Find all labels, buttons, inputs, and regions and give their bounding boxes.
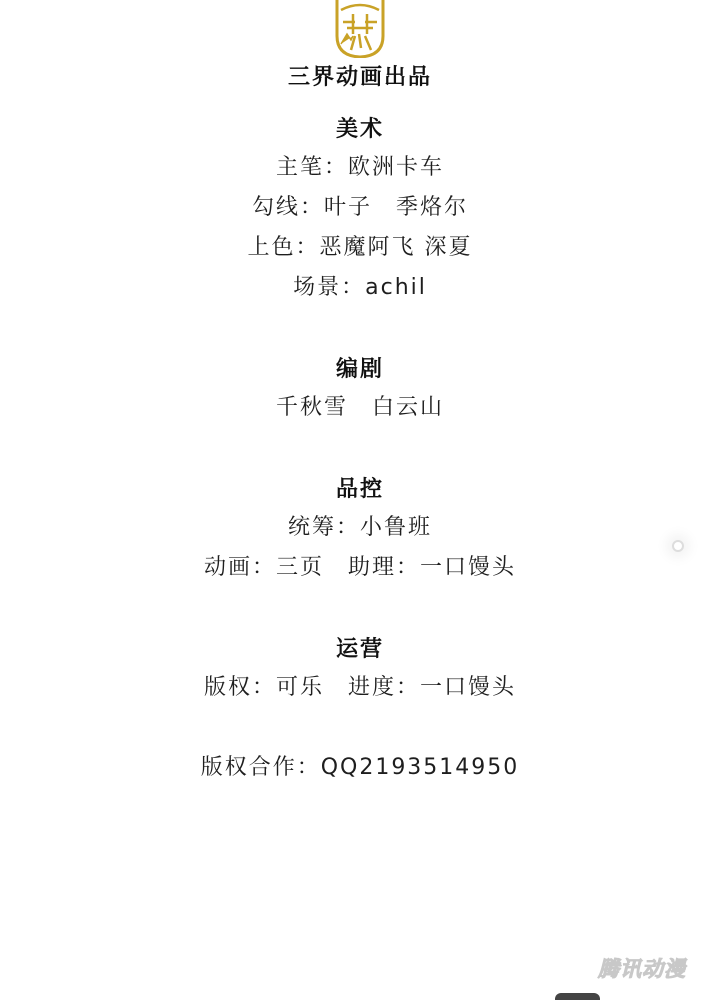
contact-line: 版权合作：QQ2193514950 bbox=[0, 750, 720, 781]
credit-line: 场景：achil bbox=[0, 270, 720, 301]
studio-logo-icon bbox=[333, 0, 387, 58]
section-title-ops: 运营 bbox=[0, 632, 720, 663]
scroll-indicator-icon bbox=[672, 540, 684, 552]
credit-line: 统筹：小鲁班 bbox=[0, 510, 720, 541]
section-title-art: 美术 bbox=[0, 112, 720, 143]
page-edge bbox=[555, 993, 600, 1000]
credit-line: 版权：可乐 进度：一口馒头 bbox=[0, 670, 720, 701]
studio-name: 三界动画出品 bbox=[0, 60, 720, 91]
watermark: 腾讯动漫 bbox=[598, 953, 708, 983]
credit-line: 勾线：叶子 季烙尔 bbox=[0, 190, 720, 221]
section-title-script: 编剧 bbox=[0, 352, 720, 383]
section-title-qc: 品控 bbox=[0, 472, 720, 503]
credit-line: 千秋雪 白云山 bbox=[0, 390, 720, 421]
credit-line: 上色：恶魔阿飞 深夏 bbox=[0, 230, 720, 261]
credit-line: 动画：三页 助理：一口馒头 bbox=[0, 550, 720, 581]
credit-line: 主笔：欧洲卡车 bbox=[0, 150, 720, 181]
